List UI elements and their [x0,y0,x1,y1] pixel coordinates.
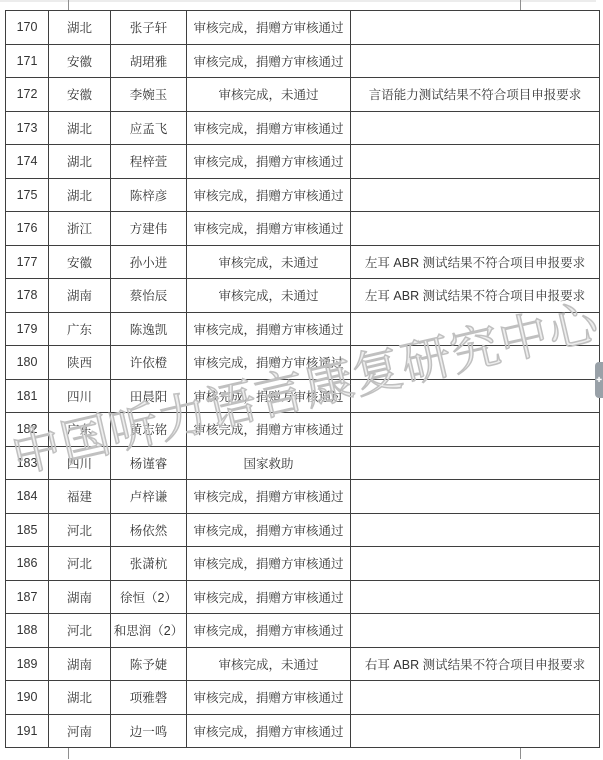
row-number-cell: 171 [6,44,49,78]
remark-cell [351,547,600,581]
table-row: 181 四川 田晨阳 审核完成，捐赠方审核通过 [6,379,600,413]
name-cell: 许依橙 [111,346,187,380]
remark-cell [351,111,600,145]
remark-cell [351,580,600,614]
row-number-cell: 181 [6,379,49,413]
name-cell: 程梓萱 [111,145,187,179]
remark-cell [351,312,600,346]
grid-stub [68,0,69,10]
remark-cell [351,681,600,715]
remark-cell [351,178,600,212]
table-row: 183 四川 杨谨睿 国家救助 [6,446,600,480]
row-number-cell: 172 [6,78,49,112]
province-cell: 湖北 [49,11,111,45]
status-cell: 审核完成，捐赠方审核通过 [187,44,351,78]
table-row: 190 湖北 项雅磬 审核完成，捐赠方审核通过 [6,681,600,715]
status-cell: 审核完成，捐赠方审核通过 [187,614,351,648]
row-number-cell: 190 [6,681,49,715]
row-number-cell: 186 [6,547,49,581]
remark-cell [351,446,600,480]
row-number-cell: 180 [6,346,49,380]
province-cell: 广东 [49,312,111,346]
remark-cell: 左耳 ABR 测试结果不符合项目申报要求 [351,245,600,279]
remark-cell [351,614,600,648]
table-row: 185 河北 杨依然 审核完成，捐赠方审核通过 [6,513,600,547]
table-row: 182 广东 黄志铭 审核完成，捐赠方审核通过 [6,413,600,447]
province-cell: 湖北 [49,145,111,179]
status-cell: 审核完成，捐赠方审核通过 [187,11,351,45]
province-cell: 湖南 [49,647,111,681]
name-cell: 蔡怡辰 [111,279,187,313]
name-cell: 陈逸凯 [111,312,187,346]
table-row: 175 湖北 陈梓彦 审核完成，捐赠方审核通过 [6,178,600,212]
table-row: 189 湖南 陈予婕 审核完成，未通过 右耳 ABR 测试结果不符合项目申报要求 [6,647,600,681]
name-cell: 杨谨睿 [111,446,187,480]
table-row: 170 湖北 张子轩 审核完成，捐赠方审核通过 [6,11,600,45]
remark-cell [351,11,600,45]
table-row: 188 河北 和思润（2） 审核完成，捐赠方审核通过 [6,614,600,648]
row-number-cell: 191 [6,714,49,748]
table-row: 171 安徽 胡珺雅 审核完成，捐赠方审核通过 [6,44,600,78]
status-cell: 审核完成，捐赠方审核通过 [187,212,351,246]
province-cell: 湖南 [49,279,111,313]
name-cell: 徐恒（2） [111,580,187,614]
status-cell: 审核完成，捐赠方审核通过 [187,145,351,179]
province-cell: 湖北 [49,178,111,212]
province-cell: 湖北 [49,111,111,145]
province-cell: 湖北 [49,681,111,715]
name-cell: 孙小进 [111,245,187,279]
name-cell: 杨依然 [111,513,187,547]
scroll-handle[interactable]: ✚ [595,362,603,398]
page: 170 湖北 张子轩 审核完成，捐赠方审核通过 171 安徽 胡珺雅 审核完成，… [0,0,603,760]
row-number-cell: 188 [6,614,49,648]
row-number-cell: 173 [6,111,49,145]
province-cell: 河北 [49,614,111,648]
table-row: 187 湖南 徐恒（2） 审核完成，捐赠方审核通过 [6,580,600,614]
province-cell: 湖南 [49,580,111,614]
status-cell: 审核完成，捐赠方审核通过 [187,681,351,715]
row-number-cell: 177 [6,245,49,279]
row-number-cell: 185 [6,513,49,547]
name-cell: 边一鸣 [111,714,187,748]
name-cell: 陈予婕 [111,647,187,681]
status-cell: 审核完成，未通过 [187,78,351,112]
province-cell: 陕西 [49,346,111,380]
name-cell: 卢梓谦 [111,480,187,514]
status-cell: 审核完成，捐赠方审核通过 [187,413,351,447]
remark-cell: 左耳 ABR 测试结果不符合项目申报要求 [351,279,600,313]
name-cell: 田晨阳 [111,379,187,413]
table-row: 173 湖北 应孟飞 审核完成，捐赠方审核通过 [6,111,600,145]
status-cell: 审核完成，捐赠方审核通过 [187,346,351,380]
status-cell: 审核完成，捐赠方审核通过 [187,480,351,514]
province-cell: 河北 [49,513,111,547]
row-number-cell: 179 [6,312,49,346]
table-row: 191 河南 边一鸣 审核完成，捐赠方审核通过 [6,714,600,748]
row-number-cell: 182 [6,413,49,447]
grid-stub [520,0,521,10]
table-row: 179 广东 陈逸凯 审核完成，捐赠方审核通过 [6,312,600,346]
row-number-cell: 175 [6,178,49,212]
province-cell: 安徽 [49,44,111,78]
remark-cell [351,44,600,78]
row-number-cell: 183 [6,446,49,480]
province-cell: 安徽 [49,78,111,112]
remark-cell [351,480,600,514]
name-cell: 李婉玉 [111,78,187,112]
table-row: 172 安徽 李婉玉 审核完成，未通过 言语能力测试结果不符合项目申报要求 [6,78,600,112]
table-row: 184 福建 卢梓谦 审核完成，捐赠方审核通过 [6,480,600,514]
row-number-cell: 178 [6,279,49,313]
province-cell: 四川 [49,446,111,480]
remark-cell [351,513,600,547]
table-row: 178 湖南 蔡怡辰 审核完成，未通过 左耳 ABR 测试结果不符合项目申报要求 [6,279,600,313]
name-cell: 陈梓彦 [111,178,187,212]
review-status-table: 170 湖北 张子轩 审核完成，捐赠方审核通过 171 安徽 胡珺雅 审核完成，… [5,10,600,748]
province-cell: 浙江 [49,212,111,246]
grid-stub [520,748,521,759]
status-cell: 审核完成，未通过 [187,647,351,681]
province-cell: 广东 [49,413,111,447]
remark-cell: 右耳 ABR 测试结果不符合项目申报要求 [351,647,600,681]
remark-cell [351,413,600,447]
province-cell: 安徽 [49,245,111,279]
status-cell: 审核完成，捐赠方审核通过 [187,379,351,413]
row-number-cell: 170 [6,11,49,45]
status-cell: 国家救助 [187,446,351,480]
province-cell: 河南 [49,714,111,748]
row-number-cell: 176 [6,212,49,246]
row-number-cell: 187 [6,580,49,614]
table-row: 177 安徽 孙小进 审核完成，未通过 左耳 ABR 测试结果不符合项目申报要求 [6,245,600,279]
status-cell: 审核完成，捐赠方审核通过 [187,111,351,145]
remark-cell [351,212,600,246]
table-row: 174 湖北 程梓萱 审核完成，捐赠方审核通过 [6,145,600,179]
move-cross-icon: ✚ [596,377,602,384]
status-cell: 审核完成，未通过 [187,279,351,313]
remark-cell [351,145,600,179]
name-cell: 方建伟 [111,212,187,246]
remark-cell [351,346,600,380]
remark-cell: 言语能力测试结果不符合项目申报要求 [351,78,600,112]
row-number-cell: 184 [6,480,49,514]
name-cell: 项雅磬 [111,681,187,715]
name-cell: 张潇杭 [111,547,187,581]
status-cell: 审核完成，捐赠方审核通过 [187,580,351,614]
status-cell: 审核完成，捐赠方审核通过 [187,513,351,547]
top-edge-divider [0,0,596,2]
table-row: 176 浙江 方建伟 审核完成，捐赠方审核通过 [6,212,600,246]
status-cell: 审核完成，捐赠方审核通过 [187,312,351,346]
province-cell: 福建 [49,480,111,514]
remark-cell [351,714,600,748]
province-cell: 四川 [49,379,111,413]
table-row: 186 河北 张潇杭 审核完成，捐赠方审核通过 [6,547,600,581]
name-cell: 和思润（2） [111,614,187,648]
table-row: 180 陕西 许依橙 审核完成，捐赠方审核通过 [6,346,600,380]
remark-cell [351,379,600,413]
status-cell: 审核完成，捐赠方审核通过 [187,547,351,581]
name-cell: 黄志铭 [111,413,187,447]
name-cell: 应孟飞 [111,111,187,145]
status-cell: 审核完成，捐赠方审核通过 [187,178,351,212]
status-cell: 审核完成，未通过 [187,245,351,279]
grid-stub [68,748,69,759]
name-cell: 胡珺雅 [111,44,187,78]
row-number-cell: 189 [6,647,49,681]
province-cell: 河北 [49,547,111,581]
status-cell: 审核完成，捐赠方审核通过 [187,714,351,748]
name-cell: 张子轩 [111,11,187,45]
row-number-cell: 174 [6,145,49,179]
